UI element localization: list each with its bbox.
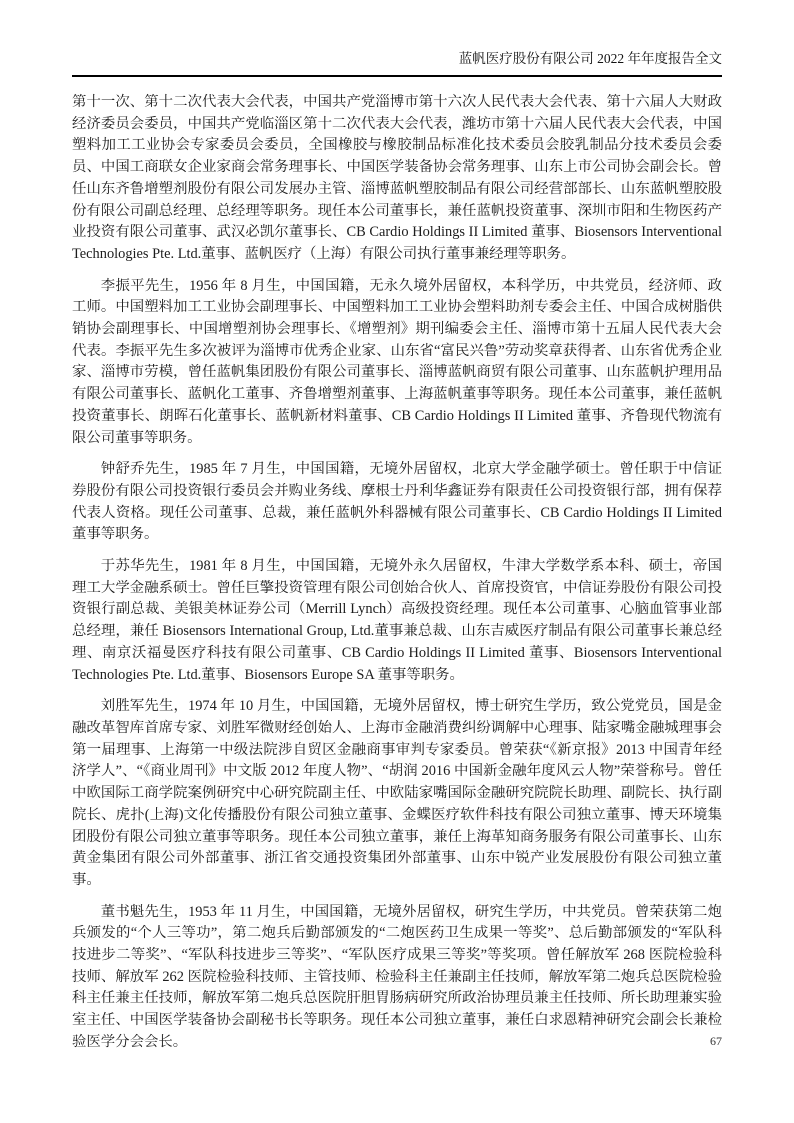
page-footer: 67	[72, 1034, 722, 1049]
page-header: 蓝帆医疗股份有限公司 2022 年年度报告全文	[72, 50, 722, 77]
bio-paragraph-zhong-shuqiao: 钟舒乔先生，1985 年 7 月生，中国国籍，无境外居留权，北京大学金融学硕士。…	[72, 459, 722, 546]
bio-paragraph-dong-shukui: 董书魁先生，1953 年 11 月生，中国国籍，无境外居留权，研究生学历，中共党…	[72, 902, 722, 1054]
page-number: 67	[710, 1034, 722, 1048]
bio-paragraph-liu-shengjun: 刘胜军先生，1974 年 10 月生，中国国籍，无境外居留权，博士研究生学历，致…	[72, 696, 722, 891]
bio-paragraph-yu-suhua: 于苏华先生，1981 年 8 月生，中国国籍，无境外永久居留权，牛津大学数学系本…	[72, 556, 722, 686]
bio-paragraph-li-zhenping: 李振平先生，1956 年 8 月生，中国国籍，无永久境外居留权，本科学历，中共党…	[72, 276, 722, 450]
report-page: 蓝帆医疗股份有限公司 2022 年年度报告全文 第十一次、第十二次代表大会代表，…	[0, 0, 794, 1123]
header-title: 蓝帆医疗股份有限公司 2022 年年度报告全文	[72, 50, 722, 68]
page-body: 第十一次、第十二次代表大会代表，中国共产党淄博市第十六次人民代表大会代表、第十六…	[72, 92, 722, 1064]
bio-paragraph-continuation: 第十一次、第十二次代表大会代表，中国共产党淄博市第十六次人民代表大会代表、第十六…	[72, 92, 722, 266]
